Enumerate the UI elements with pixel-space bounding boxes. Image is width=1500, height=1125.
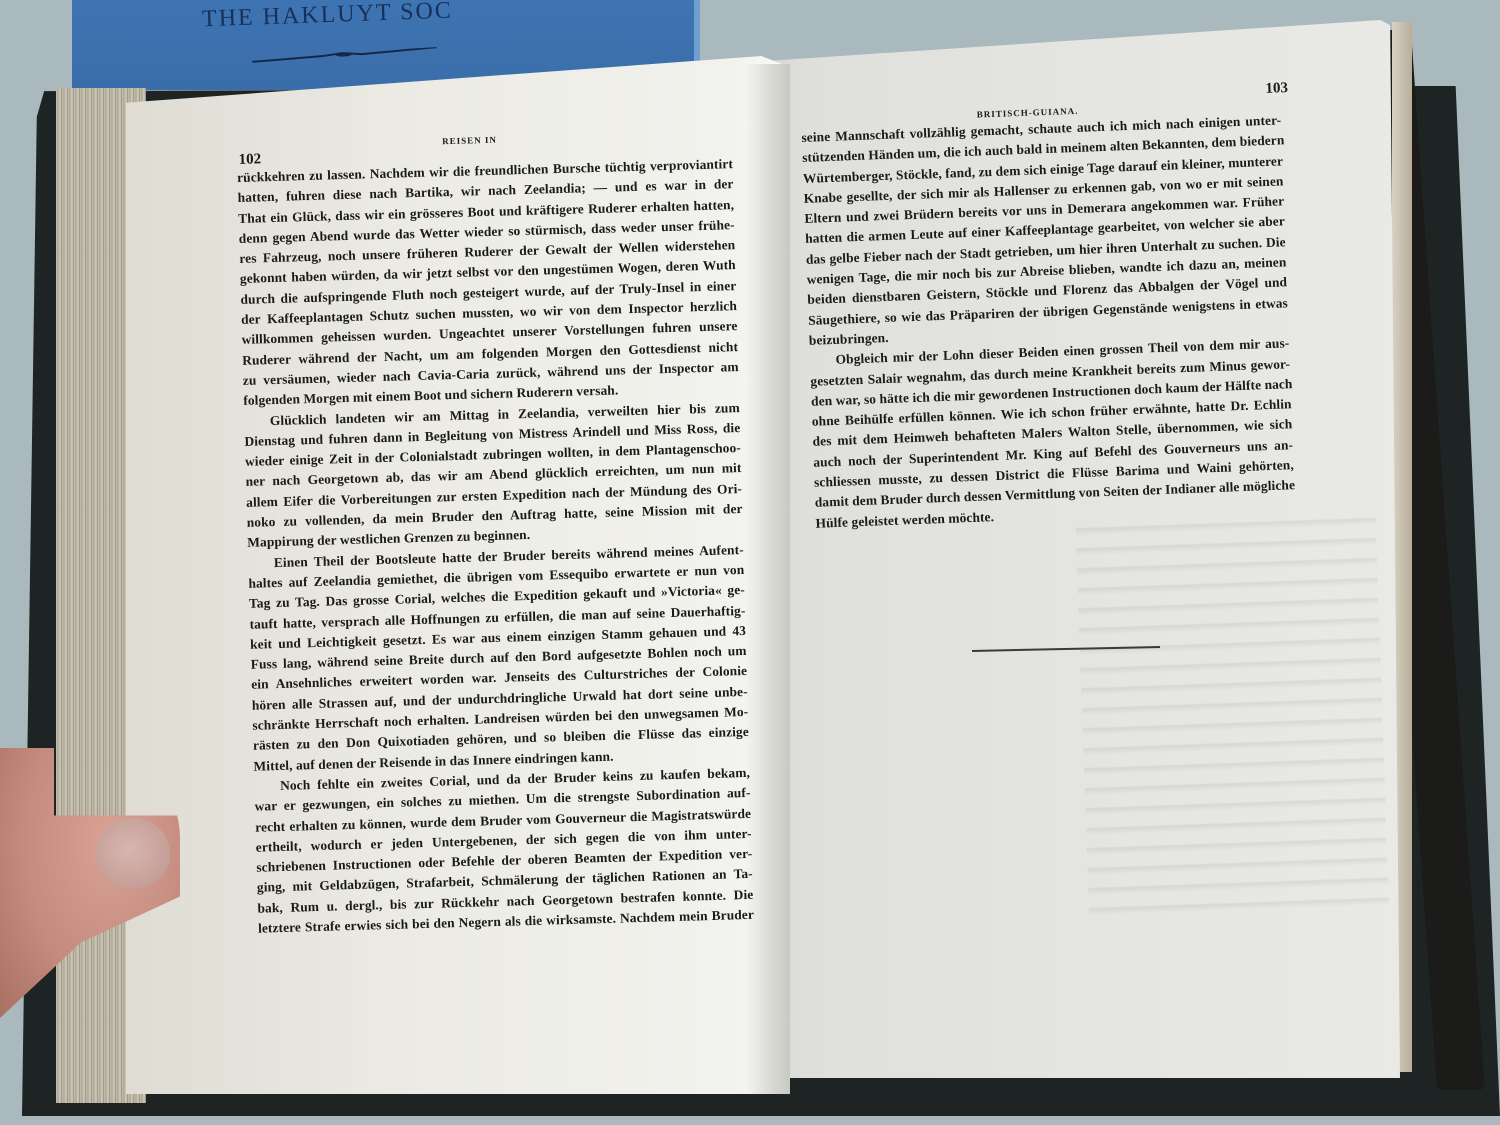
show-through-text <box>1075 505 1389 915</box>
thumbnail <box>96 818 170 888</box>
left-page-text: 102 REISEN IN rückkehren zu lassen. Nach… <box>236 124 754 939</box>
running-head-title: BRITISCH-GUIANA. <box>977 106 1079 120</box>
ornament-flourish-icon <box>252 47 437 63</box>
background-book-title: THE HAKLUYT SOC <box>202 0 454 33</box>
page-number: 103 <box>1265 80 1288 98</box>
page-number: 102 <box>238 151 261 169</box>
book-gutter <box>745 64 790 1094</box>
right-page-text: 103 BRITISCH-GUIANA. seine Mannschaft vo… <box>800 80 1296 533</box>
running-head-title: REISEN IN <box>442 135 497 147</box>
